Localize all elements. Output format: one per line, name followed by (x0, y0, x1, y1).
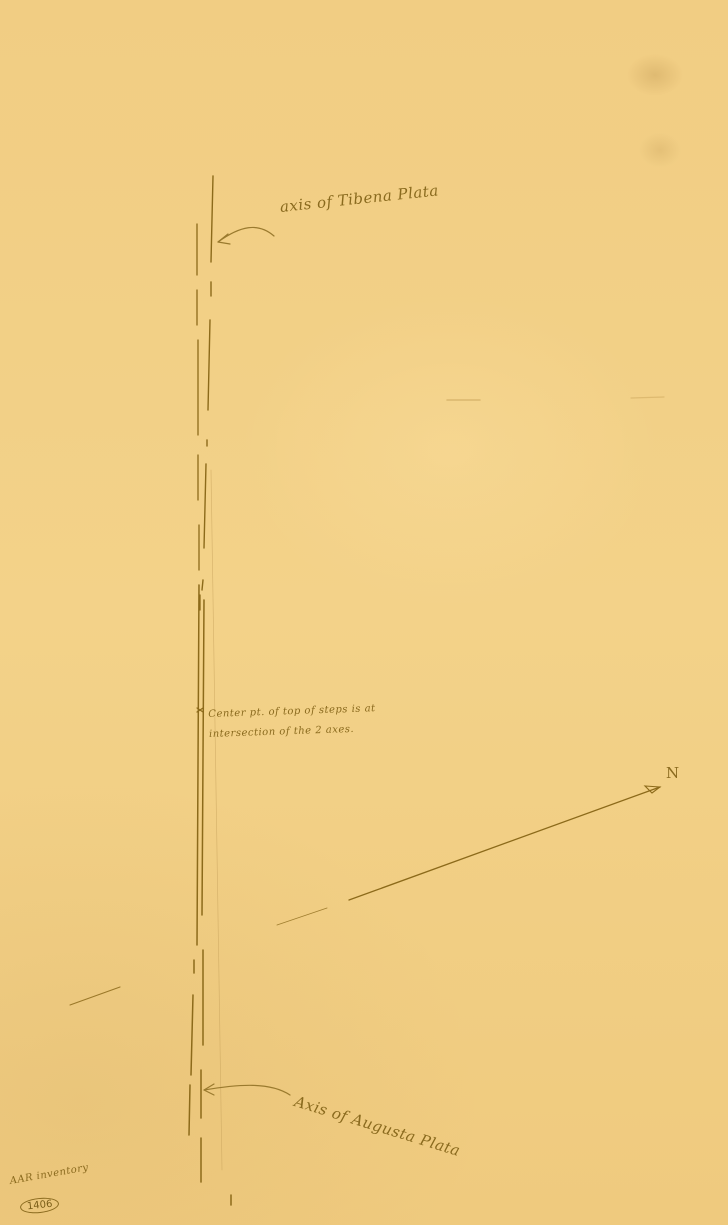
smudge-mark (631, 397, 664, 398)
tibena-leader-arrow (218, 227, 274, 244)
center-point-note: Center pt. of top of steps is at interse… (208, 699, 377, 745)
north-arrow (277, 786, 660, 925)
drawing-sheet: axis of Tibena Plata Center pt. of top o… (0, 0, 728, 1225)
augusta-leader-arrow (204, 1084, 290, 1095)
sketch-lines (0, 0, 728, 1225)
north-marker: N (666, 764, 680, 782)
stray-pencil-line (70, 987, 120, 1005)
left-dashed-line (197, 224, 200, 610)
augusta-axis-line (189, 585, 231, 1205)
tibena-axis-line (202, 176, 213, 590)
faint-guide-line (211, 470, 222, 1170)
